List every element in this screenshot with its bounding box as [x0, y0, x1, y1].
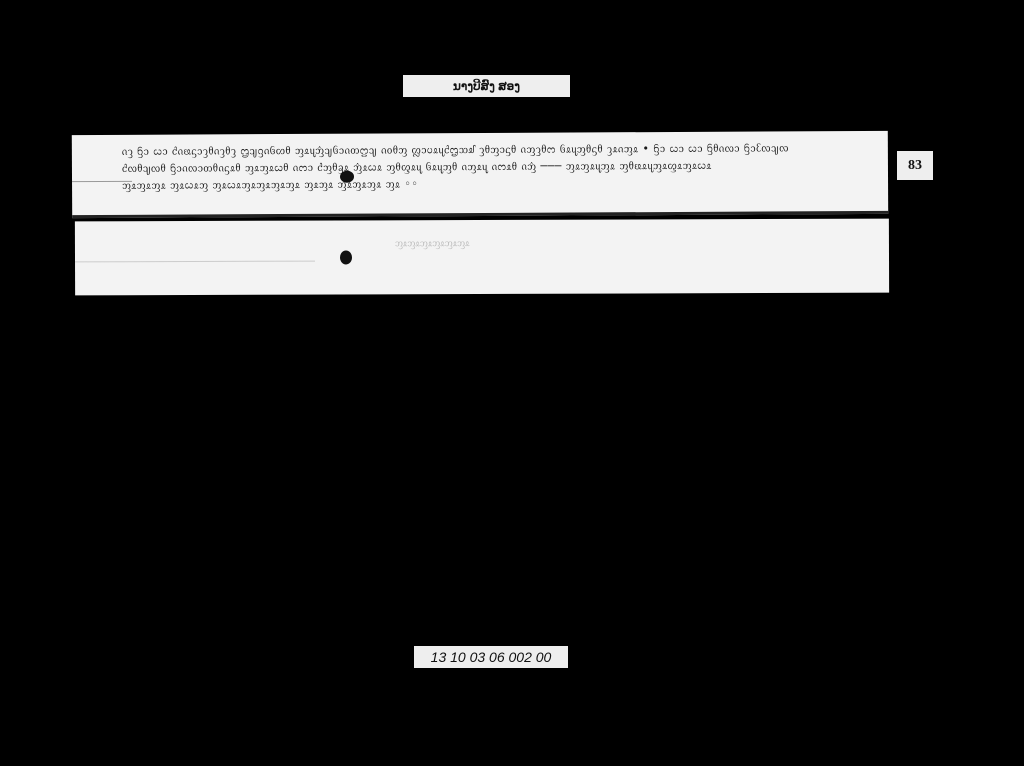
manuscript-id-label: 13 10 03 06 002 00 [414, 646, 568, 668]
string-hole-icon [340, 171, 354, 183]
page-number-label: 83 [897, 151, 933, 180]
palm-leaf-verso: ᦀᦸᦀᦸᦀᦸᦀᦸᦀᦸᦀᦸ [75, 219, 889, 296]
palm-leaf-recto: ᦵᦡ ᦌᦱ ᦍᦱ ᦺᦵᦕᦓᦱᦡᦲᦵᦡᦲᦡ ᦗᦻᦋᦵᦑᦠᦲ ᦀᦸᦴᦁᦻᦑᦱᦵᦎᦦᦻ… [72, 131, 888, 218]
faint-marginal-text: ᦀᦸᦀᦸᦀᦸᦀᦸᦀᦸᦀᦸ [395, 238, 470, 250]
string-hole-icon [340, 250, 352, 264]
manuscript-line-3: ᦀᦸᦀᦸᦀᦸ ᦀᦸᦍᦸᦀ ᦀᦸᦍᦸᦀᦸᦀᦸᦀᦸᦀᦸ ᦀᦸᦀᦸ ᦀᦸᦀᦸᦀᦸ ᦀᦸ… [122, 177, 452, 193]
leaf-scribe-line [75, 261, 315, 263]
manuscript-line-1: ᦵᦡ ᦌᦱ ᦍᦱ ᦺᦵᦕᦓᦱᦡᦲᦵᦡᦲᦡ ᦗᦻᦋᦵᦑᦠᦲ ᦀᦸᦴᦁᦻᦑᦱᦵᦎᦦᦻ… [122, 141, 832, 159]
manuscript-line-2: ᦺᦟᦲᦻᦟᦲ ᦌᦱᦵᦟᦱᦎᦲᦵᦓᦸᦲ ᦀᦸᦀᦸᦍᦲ ᦵᦂᦱ ᦺᦀᦲᦃᦸ ᦁᦸᦍᦸ… [122, 158, 832, 176]
manuscript-title-label: ນາງບີສົງ ສອງ [403, 75, 570, 97]
